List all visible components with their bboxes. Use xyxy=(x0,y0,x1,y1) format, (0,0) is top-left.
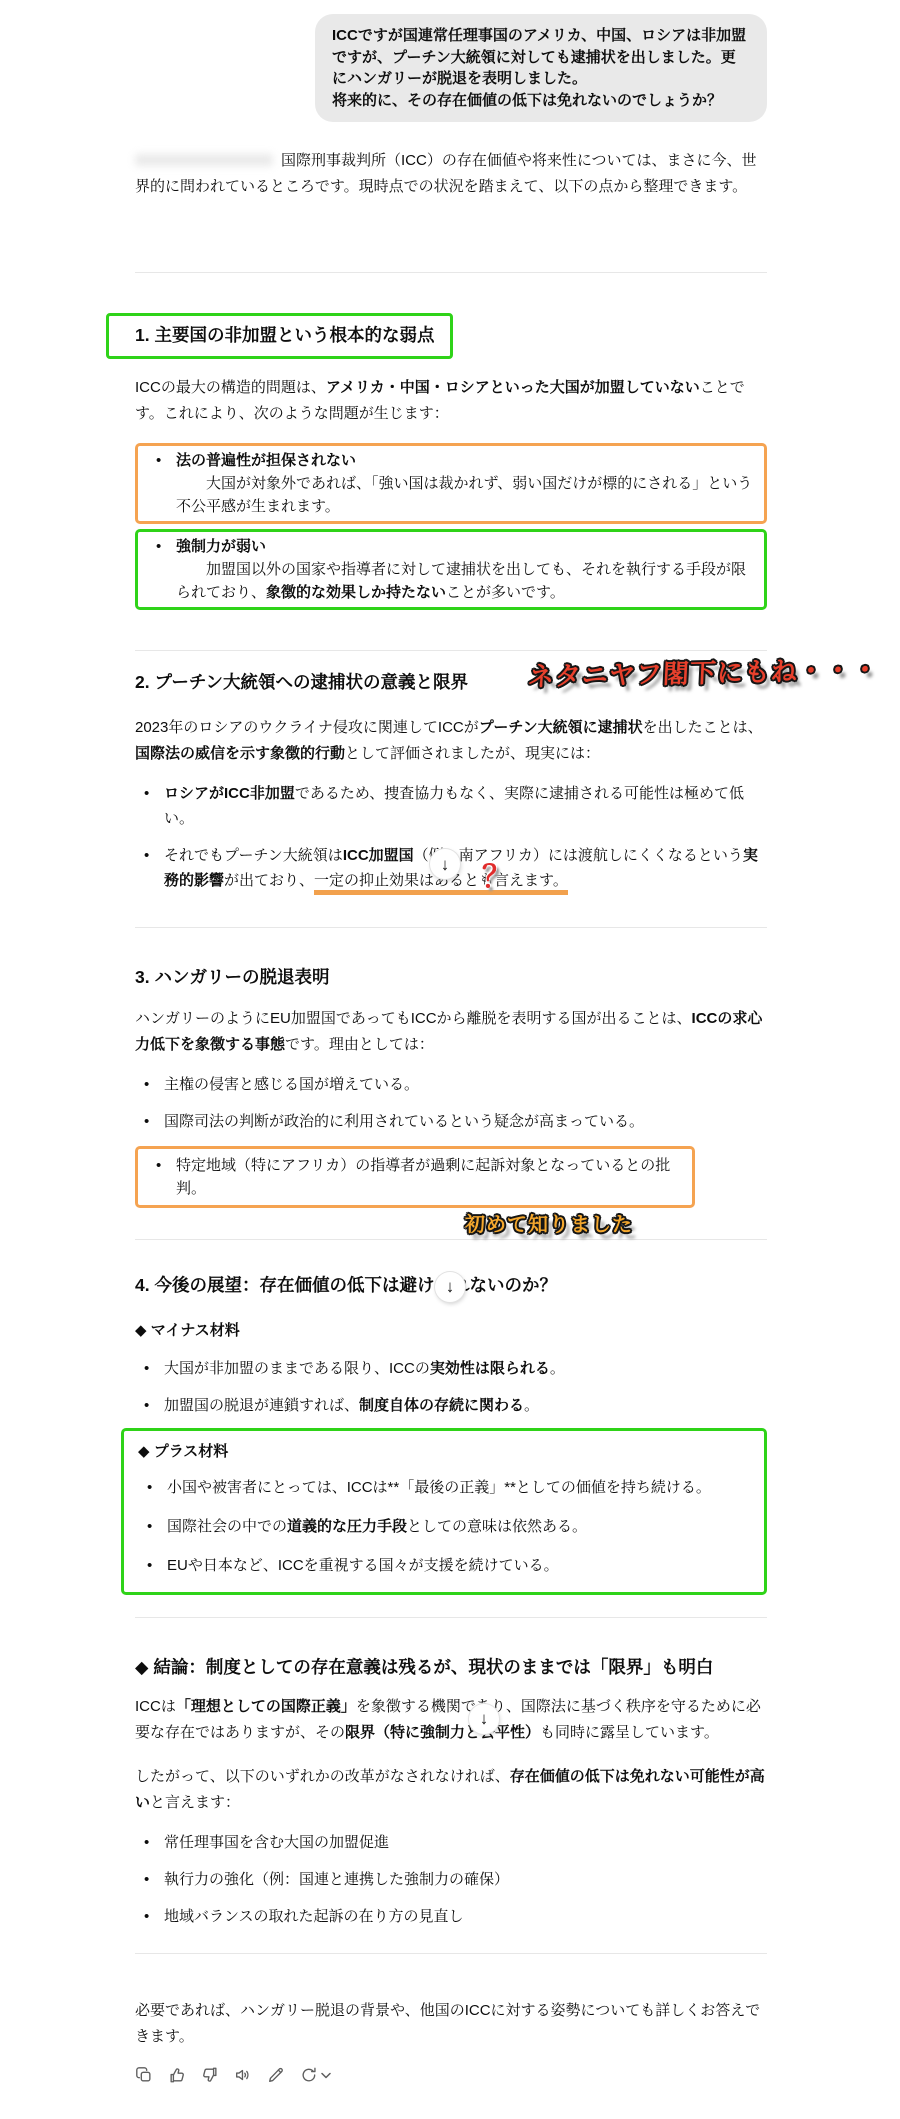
thumbs-up-button[interactable] xyxy=(168,2066,186,2084)
down-arrow-annotation: ↓ xyxy=(469,1704,499,1734)
green-annotation-box-plus: ◆ プラス材料 小国や被害者にとっては、ICCは**「最後の正義」**としての価… xyxy=(121,1428,767,1595)
list-item: EUや日本など、ICCを重視する国々が支援を続けている。 xyxy=(138,1553,752,1578)
list-item: 加盟国の脱退が連鎖すれば、制度自体の存続に関わる。 xyxy=(135,1393,767,1418)
conclusion-heading: ◆ 結論：制度としての存在意義は残るが、現状のままでは「限界」も明白 xyxy=(135,1654,767,1680)
minus-subheading: ◆ マイナス材料 xyxy=(135,1320,767,1342)
handwritten-annotation-netanyahu: ネタニヤフ閣下にもね・・・ xyxy=(527,649,880,693)
green-annotation-box-heading1: 1. 主要国の非加盟という根本的な弱点 xyxy=(106,313,453,359)
thumbs-down-button[interactable] xyxy=(201,2066,219,2084)
assistant-outro: 必要であれば、ハンガリー脱退の背景や、他国のICCに対する姿勢についても詳しくお… xyxy=(135,1998,767,2050)
section-1-lead: ICCの最大の構造的問題は、アメリカ・中国・ロシアといった大国が加盟していないこ… xyxy=(135,375,767,427)
regenerate-icon xyxy=(300,2066,318,2084)
bullet-body: 大国が対象外であれば、「強い国は裁かれず、弱い国だけが標的にされる」という不公平… xyxy=(176,472,756,518)
conclusion-paragraph-2: したがって、以下のいずれかの改革がなされなければ、存在価値の低下は免れない可能性… xyxy=(135,1764,767,1816)
bullet-title: 法の普遍性が担保されない xyxy=(176,449,756,472)
down-arrow-glyph: ↓ xyxy=(480,1709,489,1729)
list-item: 小国や被害者にとっては、ICCは**「最後の正義」**としての価値を持ち続ける。 xyxy=(138,1475,752,1500)
conclusion-paragraph-1: ICCは「理想としての国際正義」を象徴する機関であり、国際法に基づく秩序を守るた… xyxy=(135,1694,767,1746)
section-1-heading: 1. 主要国の非加盟という根本的な弱点 xyxy=(135,322,434,348)
divider xyxy=(135,1239,767,1240)
down-arrow-annotation: ↓ xyxy=(430,849,460,879)
handwritten-annotation-first-time: 初めて知りました xyxy=(465,1213,633,1237)
section-3-heading: 3. ハンガリーの脱退表明 xyxy=(135,964,767,990)
plus-subheading: ◆ プラス材料 xyxy=(138,1441,752,1463)
message-toolbar xyxy=(135,2066,767,2084)
chevron-down-icon xyxy=(321,2072,331,2079)
list-item: 主権の侵害と感じる国が増えている。 xyxy=(135,1072,767,1097)
thumbs-down-icon xyxy=(201,2066,219,2084)
user-message-bubble: ICCですが国連常任理事国のアメリカ、中国、ロシアは非加盟ですが、プーチン大統領… xyxy=(315,14,767,122)
redacted-text-smudge xyxy=(135,154,273,166)
assistant-intro: 国際刑事裁判所（ICC）の存在価値や将来性については、まさに今、世界的に問われて… xyxy=(135,148,767,200)
regenerate-button[interactable] xyxy=(300,2066,331,2084)
divider xyxy=(135,272,767,273)
section-3-lead: ハンガリーのようにEU加盟国であってもICCから離脱を表明する国が出ることは、I… xyxy=(135,1006,767,1058)
read-aloud-button[interactable] xyxy=(234,2066,252,2084)
list-item: ロシアがICC非加盟であるため、捜査協力もなく、実際に逮捕される可能性は極めて低… xyxy=(135,781,767,831)
question-mark-annotation: ？ xyxy=(482,865,512,890)
down-arrow-glyph: ↓ xyxy=(446,1277,455,1297)
list-item: それでもプーチン大統領はICC加盟国（例：南アフリカ）には渡航しにくくなるという… xyxy=(135,843,767,893)
divider xyxy=(135,1617,767,1618)
list-item: 特定地域（特にアフリカ）の指導者が過剰に起訴対象となっているとの批判。 xyxy=(146,1154,684,1200)
edit-pencil-icon xyxy=(267,2066,285,2084)
divider xyxy=(135,927,767,928)
list-item: 国際社会の中での道義的な圧力手段としての意味は依然ある。 xyxy=(138,1514,752,1539)
list-item: 法の普遍性が担保されない 大国が対象外であれば、「強い国は裁かれず、弱い国だけが… xyxy=(146,449,756,518)
list-item: 国際司法の判断が政治的に利用されているという疑念が高まっている。 xyxy=(135,1109,767,1134)
copy-button[interactable] xyxy=(135,2066,153,2084)
list-item: 強制力が弱い 加盟国以外の国家や指導者に対して逮捕状を出しても、それを執行する手… xyxy=(146,535,756,604)
list-item: 地域バランスの取れた起訴の在り方の見直し xyxy=(135,1904,767,1929)
divider xyxy=(135,1953,767,1954)
bullet-text: それでもプーチン大統領はICC加盟国（例：南アフリカ）には渡航しにくくなるという… xyxy=(164,847,758,895)
list-item: 執行力の強化（例：国連と連携した強制力の確保） xyxy=(135,1867,767,1892)
copy-icon xyxy=(135,2066,153,2084)
bullet-title: 強制力が弱い xyxy=(176,535,756,558)
orange-annotation-box-africa: 特定地域（特にアフリカ）の指導者が過剰に起訴対象となっているとの批判。 xyxy=(135,1146,695,1208)
list-item: 大国が非加盟のままである限り、ICCの実効性は限られる。 xyxy=(135,1356,767,1381)
divider xyxy=(135,650,767,651)
down-arrow-glyph: ↓ xyxy=(441,852,450,877)
chat-page: ICCですが国連常任理事国のアメリカ、中国、ロシアは非加盟ですが、プーチン大統領… xyxy=(0,0,900,2119)
edit-button[interactable] xyxy=(267,2066,285,2084)
bullet-body: 加盟国以外の国家や指導者に対して逮捕状を出しても、それを執行する手段が限られてお… xyxy=(176,558,756,604)
list-item: 常任理事国を含む大国の加盟促進 xyxy=(135,1830,767,1855)
section-2-lead: 2023年のロシアのウクライナ侵攻に関連してICCがプーチン大統領に逮捕状を出し… xyxy=(135,715,767,767)
down-arrow-annotation: ↓ xyxy=(435,1272,465,1302)
green-annotation-box-enforcement: 強制力が弱い 加盟国以外の国家や指導者に対して逮捕状を出しても、それを執行する手… xyxy=(135,529,767,610)
orange-annotation-box-universality: 法の普遍性が担保されない 大国が対象外であれば、「強い国は裁かれず、弱い国だけが… xyxy=(135,443,767,524)
speaker-icon xyxy=(234,2066,252,2084)
thumbs-up-icon xyxy=(168,2066,186,2084)
